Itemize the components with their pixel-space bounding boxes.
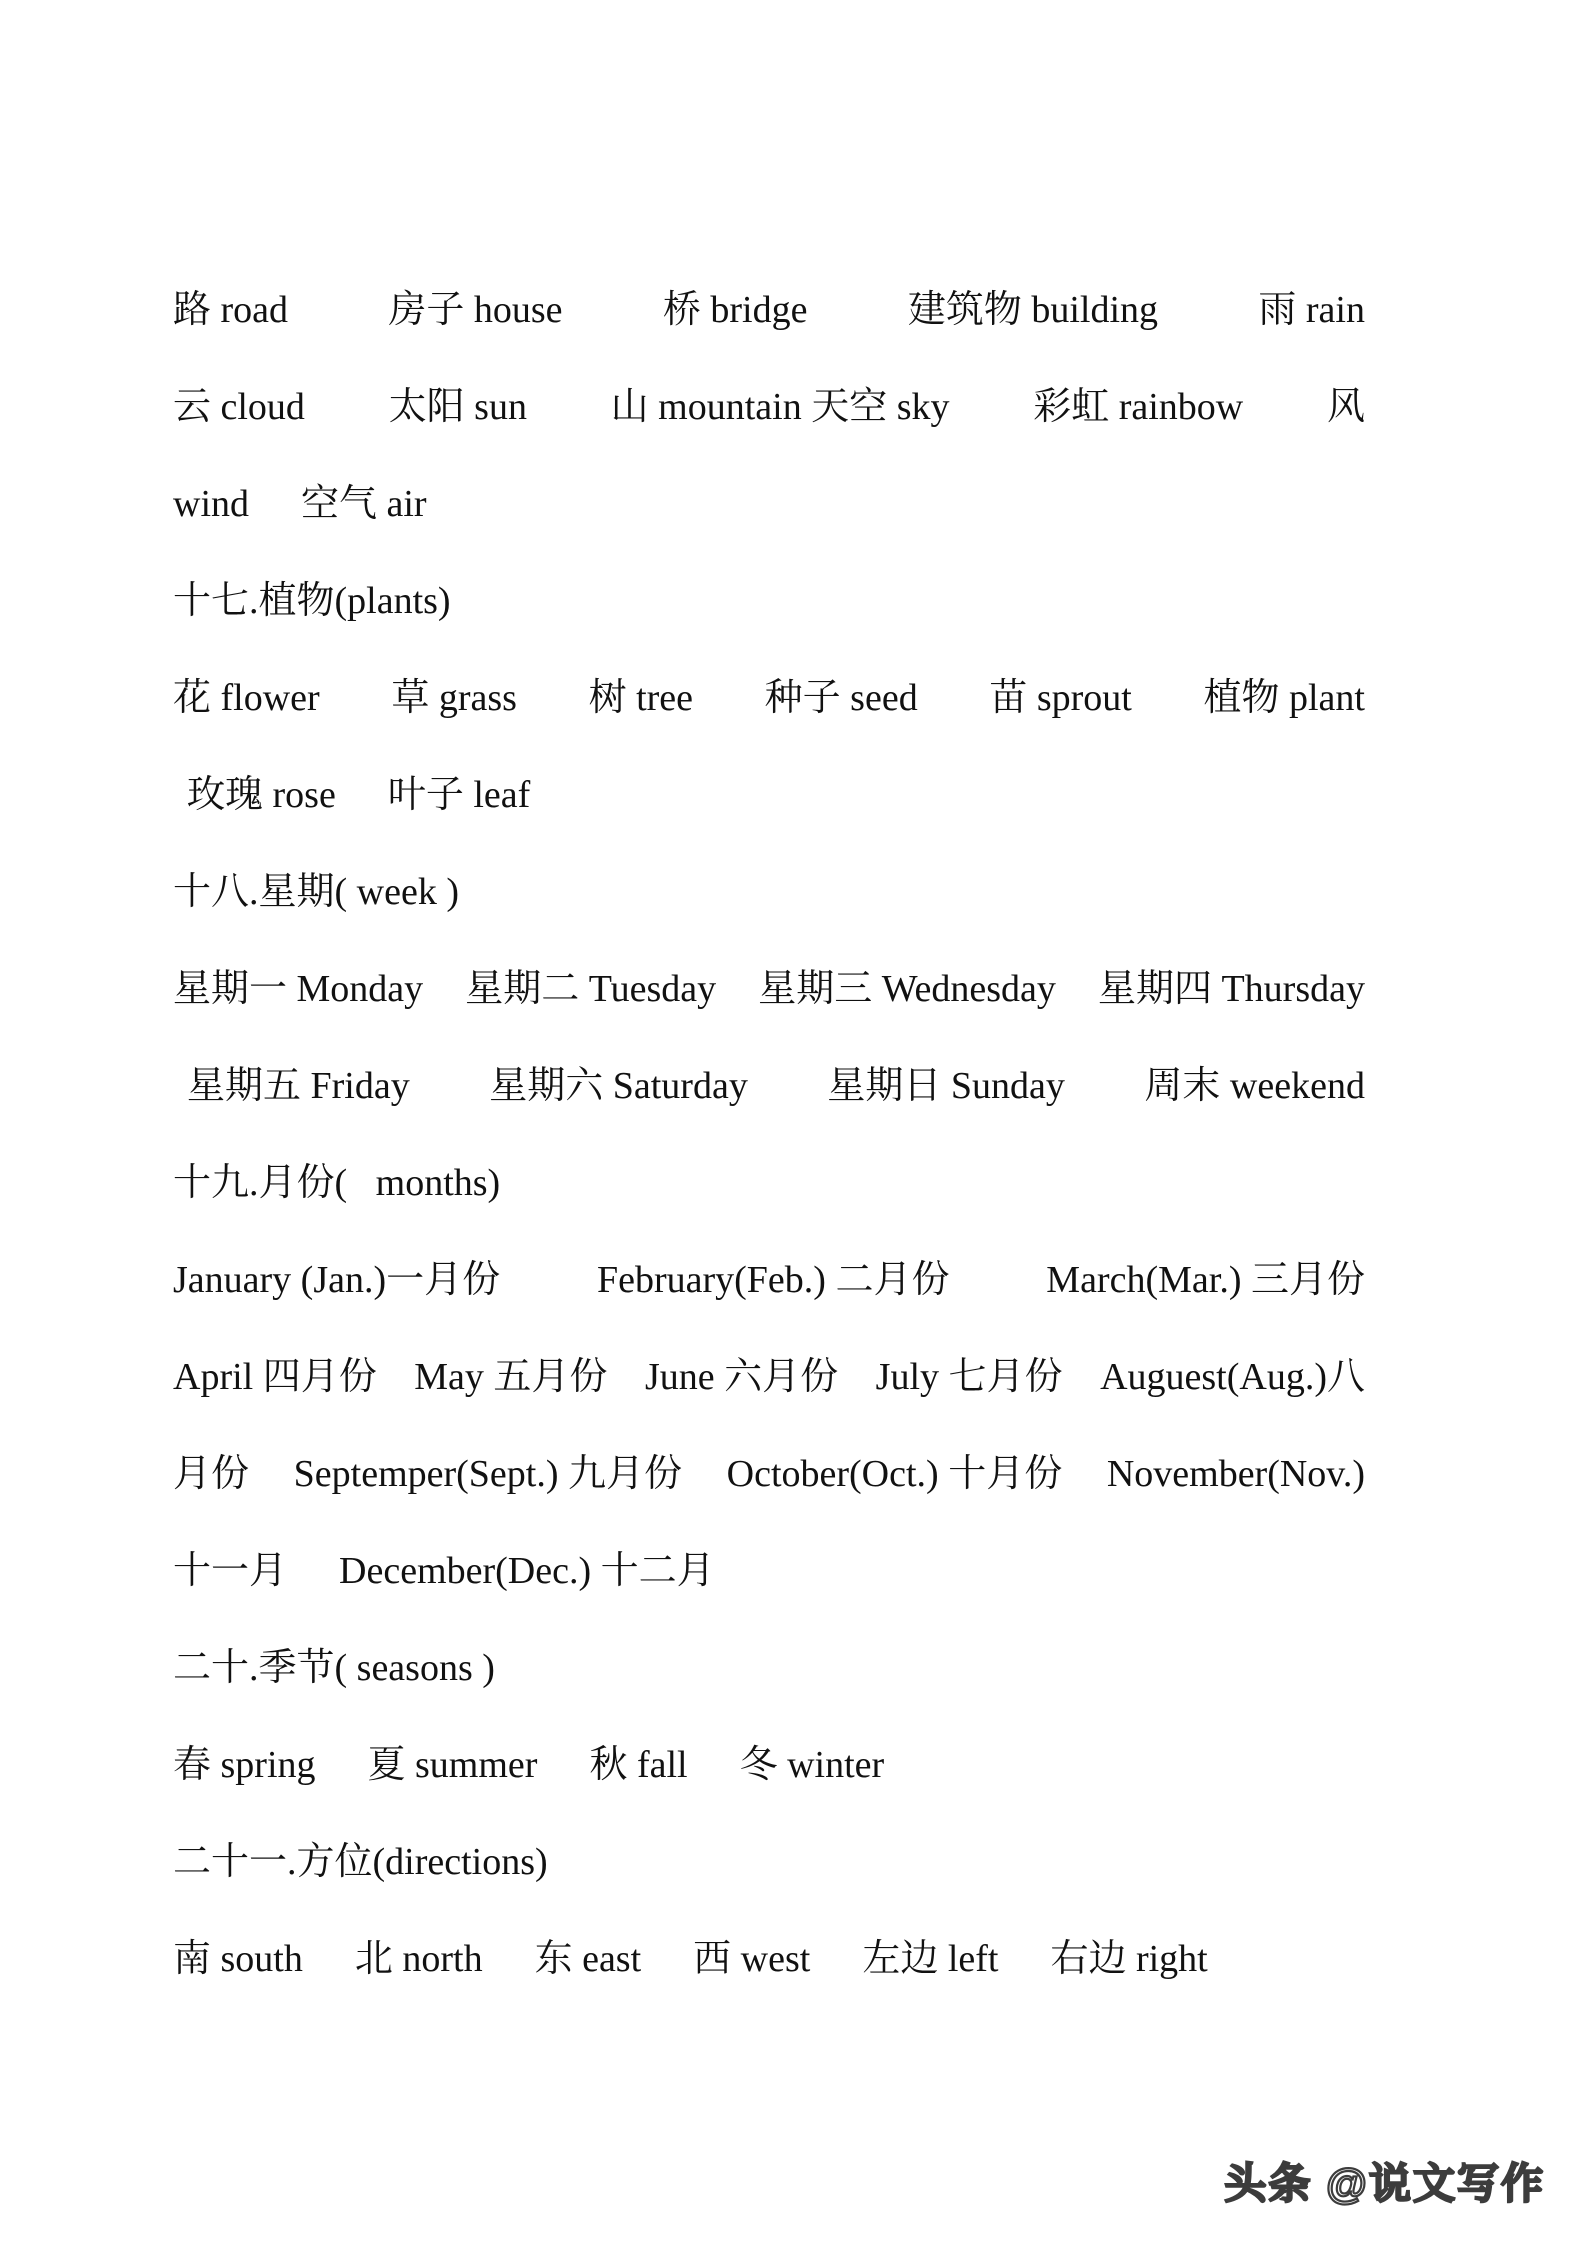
vocab-item: 风: [1327, 359, 1365, 456]
vocab-item: 夏 summer: [368, 1717, 538, 1814]
text-line: 路 road房子 house桥 bridge建筑物 building雨 rain: [173, 262, 1365, 359]
vocab-item: 星期四 Thursday: [1098, 941, 1365, 1038]
vocab-item: 苗 sprout: [989, 650, 1132, 747]
vocab-item: 树 tree: [589, 650, 693, 747]
vocab-item: 建筑物 building: [908, 262, 1158, 359]
vocab-item: December(Dec.) 十二月: [339, 1523, 715, 1620]
vocab-item: 西 west: [693, 1911, 810, 2008]
vocab-item: 云 cloud: [173, 359, 305, 456]
vocab-item: 玫瑰 rose: [187, 747, 336, 844]
section-heading-text: 二十一.方位(directions): [173, 1814, 548, 1911]
section-heading-week: 十八.星期( week ): [173, 844, 1365, 941]
vocab-item: June 六月份: [645, 1329, 838, 1426]
vocab-item: 右边 right: [1050, 1911, 1207, 2008]
vocab-item: 星期六 Saturday: [489, 1038, 748, 1135]
vocab-item: 山 mountain 天空 sky: [611, 359, 950, 456]
vocab-item: 星期五 Friday: [187, 1038, 410, 1135]
vocab-item: February(Feb.) 二月份: [597, 1232, 949, 1329]
vocab-item: 北 north: [355, 1911, 483, 2008]
vocab-item: 十一月: [173, 1523, 287, 1620]
text-line: 星期五 Friday星期六 Saturday星期日 Sunday周末 weeke…: [173, 1038, 1365, 1135]
vocab-item: 路 road: [173, 262, 288, 359]
vocab-item: Auguest(Aug.)八: [1100, 1329, 1365, 1426]
vocab-item: 星期一 Monday: [173, 941, 423, 1038]
vocab-item: 星期三 Wednesday: [758, 941, 1056, 1038]
vocab-item: April 四月份: [173, 1329, 377, 1426]
vocab-item: 房子 house: [388, 262, 562, 359]
section-heading-text: 二十.季节( seasons ): [173, 1620, 495, 1717]
vocab-item: wind: [173, 456, 249, 553]
text-line: 南 south北 north东 east西 west左边 left右边 righ…: [173, 1911, 1365, 2008]
vocab-item: 南 south: [173, 1911, 303, 2008]
section-heading-directions: 二十一.方位(directions): [173, 1814, 1365, 1911]
section-heading-text: 十八.星期( week ): [173, 844, 459, 941]
vocab-item: 左边 left: [862, 1911, 998, 2008]
vocab-item: November(Nov.): [1107, 1426, 1365, 1523]
vocab-item: 月份: [173, 1426, 249, 1523]
watermark: 头条 @说文写作: [1224, 2151, 1545, 2211]
text-line: 花 flower草 grass树 tree种子 seed苗 sprout植物 p…: [173, 650, 1365, 747]
text-line: wind空气 air: [173, 456, 1365, 553]
vocab-item: 春 spring: [173, 1717, 316, 1814]
vocab-item: 草 grass: [391, 650, 517, 747]
text-line: 月份Septemper(Sept.) 九月份October(Oct.) 十月份N…: [173, 1426, 1365, 1523]
vocab-item: 彩虹 rainbow: [1033, 359, 1243, 456]
vocab-item: March(Mar.) 三月份: [1046, 1232, 1365, 1329]
vocab-item: Septemper(Sept.) 九月份: [294, 1426, 682, 1523]
vocab-item: October(Oct.) 十月份: [727, 1426, 1063, 1523]
section-heading-text: 十九.月份( months): [173, 1135, 500, 1232]
vocab-item: 周末 weekend: [1144, 1038, 1365, 1135]
text-line: 春 spring夏 summer秋 fall冬 winter: [173, 1717, 1365, 1814]
vocab-item: July 七月份: [876, 1329, 1063, 1426]
section-heading-seasons: 二十.季节( seasons ): [173, 1620, 1365, 1717]
vocab-item: May 五月份: [414, 1329, 607, 1426]
vocab-item: 星期日 Sunday: [827, 1038, 1065, 1135]
vocab-item: 冬 winter: [740, 1717, 885, 1814]
text-line: January (Jan.)一月份February(Feb.) 二月份March…: [173, 1232, 1365, 1329]
vocab-item: 秋 fall: [589, 1717, 687, 1814]
vocab-item: 太阳 sun: [389, 359, 527, 456]
vocab-item: 桥 bridge: [663, 262, 808, 359]
vocab-item: 种子 seed: [765, 650, 918, 747]
section-heading-months: 十九.月份( months): [173, 1135, 1365, 1232]
section-heading-text: 十七.植物(plants): [173, 553, 451, 650]
text-line: April 四月份May 五月份June 六月份July 七月份Auguest(…: [173, 1329, 1365, 1426]
text-line: 玫瑰 rose叶子 leaf: [173, 747, 1365, 844]
text-line: 云 cloud太阳 sun山 mountain 天空 sky彩虹 rainbow…: [173, 359, 1365, 456]
vocab-item: 雨 rain: [1258, 262, 1365, 359]
vocabulary-list: 路 road房子 house桥 bridge建筑物 building雨 rain…: [173, 262, 1365, 2008]
vocab-item: 星期二 Tuesday: [465, 941, 716, 1038]
vocab-item: 植物 plant: [1204, 650, 1365, 747]
vocab-item: January (Jan.)一月份: [173, 1232, 500, 1329]
document-page: 路 road房子 house桥 bridge建筑物 building雨 rain…: [0, 0, 1587, 2245]
vocab-item: 空气 air: [301, 456, 427, 553]
vocab-item: 东 east: [535, 1911, 642, 2008]
vocab-item: 叶子 leaf: [388, 747, 530, 844]
section-heading-plants: 十七.植物(plants): [173, 553, 1365, 650]
text-line: 十一月December(Dec.) 十二月: [173, 1523, 1365, 1620]
text-line: 星期一 Monday星期二 Tuesday星期三 Wednesday星期四 Th…: [173, 941, 1365, 1038]
vocab-item: 花 flower: [173, 650, 320, 747]
